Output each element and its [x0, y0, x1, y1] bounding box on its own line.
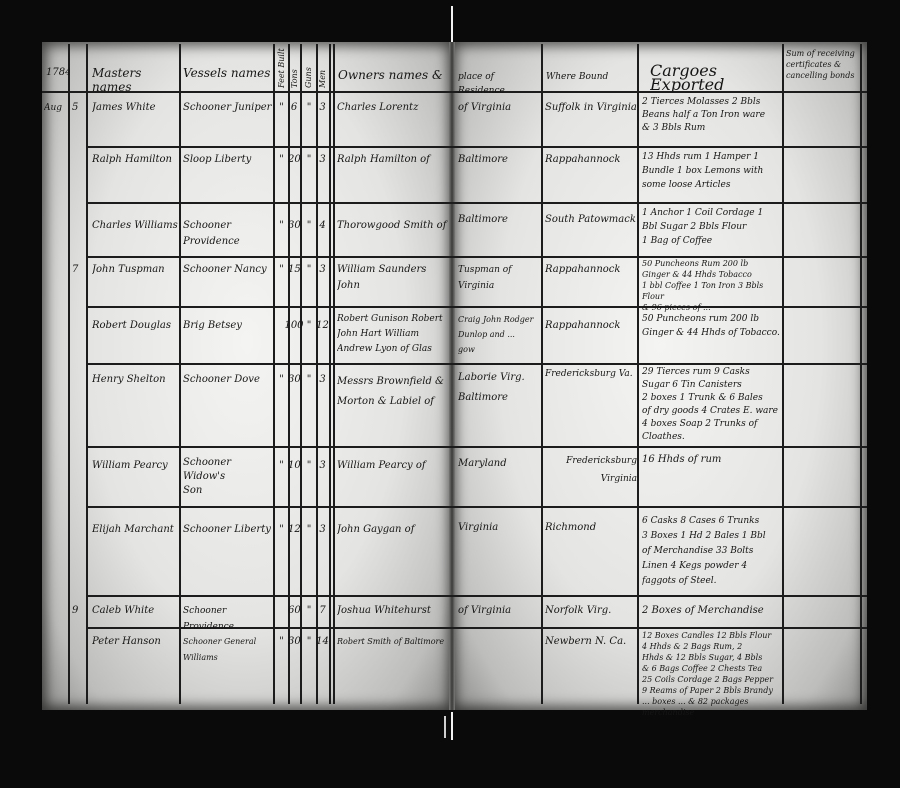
row-day: 7: [72, 262, 86, 278]
row-owners: Robert Gunison Robert John Hart William …: [337, 312, 449, 357]
row-vessel: Schooner General Williams: [183, 634, 275, 666]
row-tons: 30: [288, 634, 300, 650]
row-built: ": [275, 100, 288, 116]
row-cargo: 50 Puncheons rum 200 lb Ginger & 44 Hhds…: [642, 312, 782, 340]
row-residence: Craig John Rodger Dunlop and ... gow: [458, 312, 541, 357]
row-master: Peter Hanson: [92, 634, 180, 650]
header-cargoes-exported: Cargoes Exported: [650, 64, 780, 92]
row-owners: William Pearcy of: [337, 458, 449, 474]
row-bound: Norfolk Virg.: [545, 603, 637, 619]
row-day: 9: [72, 603, 86, 619]
row-owners: Robert Smith of Baltimore: [337, 634, 449, 650]
row-owners: Joshua Whitehurst: [337, 603, 449, 619]
row-master: Caleb White: [92, 603, 180, 619]
rule-sum: [860, 44, 862, 704]
row-owners: Thorowgood Smith of: [337, 218, 449, 234]
row-men: 3: [316, 458, 329, 474]
row-built: ": [275, 152, 288, 168]
row-tons: 12: [288, 522, 300, 538]
row-bound: South Patowmack: [545, 212, 637, 228]
row-divider: [86, 595, 867, 597]
row-owners: John Gaygan of: [337, 522, 449, 538]
row-men: 3: [316, 522, 329, 538]
row-built: ": [275, 262, 288, 278]
row-guns: ": [302, 522, 316, 538]
row-master: Charles Williams: [92, 218, 180, 234]
row-residence: of Virginia: [458, 603, 541, 619]
row-divider: [86, 446, 867, 448]
header-vessels-names: Vessels names: [183, 66, 273, 80]
row-tons: 15: [288, 262, 300, 278]
rule-men-double: [333, 44, 335, 704]
row-cargo: 2 Tierces Molasses 2 Bbls Beans half a T…: [642, 96, 782, 135]
header-masters-names: Masters names: [92, 66, 180, 94]
row-men: 3: [316, 100, 329, 116]
row-residence: Laborie Virg. Baltimore: [458, 368, 541, 408]
row-guns: ": [302, 634, 316, 650]
row-owners: Charles Lorentz: [337, 100, 449, 116]
row-owners: Ralph Hamilton of: [337, 152, 449, 168]
row-residence: Maryland: [458, 456, 541, 472]
row-cargo: 50 Puncheons Rum 200 lb Ginger & 44 Hhds…: [642, 258, 782, 313]
row-built: ": [275, 458, 288, 474]
row-bound: Fredericksburg Va.: [545, 366, 637, 382]
row-owners: William Saunders John: [337, 262, 449, 294]
row-guns: ": [302, 262, 316, 278]
row-guns: ": [302, 372, 316, 388]
row-bound: Rappahannock: [545, 152, 637, 168]
row-guns: ": [302, 603, 316, 619]
rule-date-day: [86, 44, 88, 704]
row-month: Aug: [44, 100, 68, 116]
rule-men: [329, 44, 331, 704]
row-guns: ": [302, 100, 316, 116]
header-tons: Tons: [290, 69, 299, 88]
scanner-marker-bottom-2: [444, 716, 446, 738]
row-cargo: 6 Casks 8 Cases 6 Trunks 3 Boxes 1 Hd 2 …: [642, 514, 782, 589]
header-owners-names: Owners names &: [338, 68, 448, 82]
row-vessel: Schooner Widow's Son: [183, 456, 273, 498]
row-divider: [86, 202, 867, 204]
row-residence: Virginia: [458, 520, 541, 536]
header-built: Feet Built: [277, 48, 286, 88]
rule-bound: [637, 44, 639, 704]
row-residence: Baltimore: [458, 212, 541, 228]
row-bound: Rappahannock: [545, 262, 637, 278]
header-place-of-residence: place of Residence: [458, 70, 542, 98]
scanner-marker-top: [451, 6, 453, 42]
row-master: Robert Douglas: [92, 318, 180, 334]
row-built: ": [275, 218, 288, 234]
row-bound: Rappahannock: [545, 318, 637, 334]
row-men: 3: [316, 262, 329, 278]
row-guns: ": [302, 318, 316, 334]
row-cargo: 2 Boxes of Merchandise: [642, 603, 782, 619]
row-men: 4: [316, 218, 329, 234]
row-divider: [86, 363, 867, 365]
row-master: John Tuspman: [92, 262, 180, 278]
row-vessel: Brig Betsey: [183, 318, 273, 334]
row-bound: Suffolk in Virginia: [545, 100, 637, 116]
scanner-marker-bottom: [451, 712, 453, 740]
row-master: Henry Shelton: [92, 372, 180, 388]
header-sum-certificates: Sum of receiving certificates & cancelli…: [786, 48, 860, 81]
row-tons: 100: [284, 318, 304, 334]
book-gutter: [449, 42, 455, 710]
row-bound: Newbern N. Ca.: [545, 634, 637, 650]
row-bound: Fredericksburg Virginia: [548, 452, 637, 488]
row-tons: 6: [288, 100, 300, 116]
row-vessel: Sloop Liberty: [183, 152, 273, 168]
header-year: 1784: [46, 66, 70, 80]
row-residence: Baltimore: [458, 152, 541, 168]
row-cargo: 1 Anchor 1 Coil Cordage 1 Bbl Sugar 2 Bb…: [642, 206, 782, 248]
rule-residence: [541, 44, 543, 704]
row-men: 3: [316, 372, 329, 388]
header-where-bound: Where Bound: [546, 70, 636, 84]
row-built: ": [275, 634, 288, 650]
rule-date-month: [68, 44, 70, 704]
row-cargo: 12 Boxes Candles 12 Bbls Flour 4 Hhds & …: [642, 630, 790, 718]
row-day: 5: [72, 100, 86, 116]
row-cargo: 13 Hhds rum 1 Hamper 1 Bundle 1 box Lemo…: [642, 150, 782, 192]
row-built: ": [275, 372, 288, 388]
row-divider: [86, 146, 867, 148]
row-tons: 30: [288, 218, 300, 234]
row-tons: 60: [288, 603, 300, 619]
row-cargo: 29 Tierces rum 9 Casks Sugar 6 Tin Canis…: [642, 366, 782, 444]
row-vessel: Schooner Providence: [183, 603, 273, 635]
row-guns: ": [302, 458, 316, 474]
row-vessel: Schooner Providence: [183, 218, 273, 250]
header-guns: Guns: [304, 67, 313, 88]
row-vessel: Schooner Nancy: [183, 262, 273, 278]
row-men: 14: [316, 634, 329, 650]
row-tons: 10: [288, 458, 300, 474]
row-cargo: 16 Hhds of rum: [642, 452, 782, 468]
row-tons: 30: [288, 372, 300, 388]
row-vessel: Schooner Juniper: [183, 100, 273, 116]
row-guns: ": [302, 152, 316, 168]
header-men: Men: [318, 70, 327, 88]
row-men: 7: [316, 603, 329, 619]
row-guns: ": [302, 218, 316, 234]
row-owners: Messrs Brownfield & Morton & Labiel of: [337, 372, 449, 412]
row-master: William Pearcy: [92, 458, 180, 474]
row-residence: Tuspman of Virginia: [458, 262, 541, 294]
rule-cargo: [782, 44, 784, 704]
row-vessel: Schooner Liberty: [183, 522, 273, 538]
row-master: Ralph Hamilton: [92, 152, 180, 168]
row-bound: Richmond: [545, 520, 637, 536]
row-tons: 20: [288, 152, 300, 168]
row-built: ": [275, 522, 288, 538]
row-residence: of Virginia: [458, 100, 541, 116]
row-divider: [86, 506, 867, 508]
row-men: 3: [316, 152, 329, 168]
row-men: 12: [316, 318, 329, 334]
row-master: Elijah Marchant: [92, 522, 180, 538]
row-vessel: Schooner Dove: [183, 372, 273, 388]
row-master: James White: [92, 100, 180, 116]
